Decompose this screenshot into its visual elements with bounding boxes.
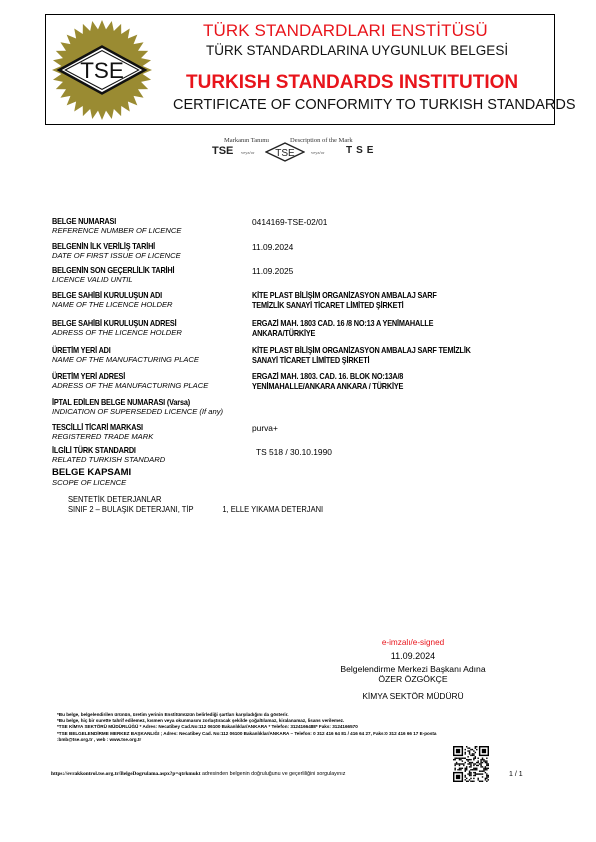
field-value: KİTE PLAST BİLİŞİM ORGANİZASYON AMBALAJ … bbox=[252, 290, 437, 310]
page-number: 1 / 1 bbox=[509, 771, 523, 778]
field-label-en: LICENCE VALID UNTIL bbox=[52, 275, 191, 284]
field-value-line: ERGAZİ MAH. 1803. CAD. 16. BLOK NO:13A/8 bbox=[252, 371, 403, 381]
field-value-line: YENİMAHALLE/ANKARA ANKARA / TÜRKİYE bbox=[252, 381, 403, 391]
verification-line: https://evrakkontrol.tse.org.tr/BelgeDog… bbox=[51, 771, 345, 777]
field-label: BELGENİN SON GEÇERLİLİK TARİHİLICENCE VA… bbox=[52, 265, 191, 284]
signatory-title: KİMYA SEKTÖR MÜDÜRÜ bbox=[300, 690, 526, 702]
scope-label-en: SCOPE OF LICENCE bbox=[52, 478, 131, 487]
field-label-en: REGISTERED TRADE MARK bbox=[52, 432, 155, 441]
mark-or-2: veya/or bbox=[311, 150, 325, 155]
signature-block: e-imzalı/e-signed 11.09.2024 Belgelendir… bbox=[300, 637, 526, 702]
tse-seal-logo-icon: TSE bbox=[51, 19, 153, 121]
field-value-line: 11.09.2024 bbox=[252, 242, 293, 252]
field-label-en: NAME OF THE LICENCE HOLDER bbox=[52, 300, 177, 309]
field-label-en: ADRESS OF THE MANUFACTURING PLACE bbox=[52, 381, 208, 390]
field-label: BELGE SAHİBİ KURULUŞUN ADINAME OF THE LI… bbox=[52, 290, 177, 309]
certificate-title-tr: TÜRK STANDARDLARINA UYGUNLUK BELGESİ bbox=[206, 43, 508, 58]
field-label-tr: BELGE SAHİBİ KURULUŞUN ADI bbox=[52, 290, 162, 300]
scope-label-tr: BELGE KAPSAMI bbox=[52, 467, 131, 478]
field-label-en: REFERENCE NUMBER OF LICENCE bbox=[52, 226, 181, 235]
field-label-en: DATE OF FIRST ISSUE OF LICENCE bbox=[52, 251, 181, 260]
signature-on-behalf: Belgelendirme Merkezi Başkanı Adına bbox=[300, 664, 526, 674]
footer-notes: *Bu belge, belgelendirilen ürünün, üreti… bbox=[57, 712, 436, 743]
field-label: BELGE NUMARASIREFERENCE NUMBER OF LICENC… bbox=[52, 216, 181, 235]
field-label-tr: ÜRETİM YERİ ADI bbox=[52, 345, 181, 355]
field-value-line: TEMİZLİK SANAYİ TİCARET LİMİTED ŞİRKETİ bbox=[252, 300, 437, 310]
field-label: ÜRETİM YERİ ADRESİADRESS OF THE MANUFACT… bbox=[52, 371, 208, 390]
field-value-line: TS 518 / 30.10.1990 bbox=[256, 447, 332, 457]
tse-diamond-logo-icon: TSE bbox=[265, 142, 305, 162]
field-value: 11.09.2024 bbox=[252, 242, 293, 252]
scope-line-1: SENTETİK DETERJANLAR bbox=[68, 494, 323, 504]
field-label-en: NAME OF THE MANUFACTURING PLACE bbox=[52, 355, 199, 364]
field-value-line: 11.09.2025 bbox=[252, 266, 293, 276]
field-value: purva+ bbox=[252, 423, 278, 433]
field-label-en: RELATED TURKISH STANDARD bbox=[52, 455, 165, 464]
certificate-header: TSE TÜRK STANDARDLARI ENSTİTÜSÜ TÜRK STA… bbox=[45, 14, 555, 125]
field-label-tr: BELGENİN İLK VERİLİŞ TARİHİ bbox=[52, 241, 165, 251]
field-label: TESCİLLİ TİCARİ MARKASIREGISTERED TRADE … bbox=[52, 422, 155, 441]
field-label-tr: BELGE SAHİBİ KURULUŞUN ADRESİ bbox=[52, 318, 176, 328]
field-label: İLGİLİ TÜRK STANDARDIRELATED TURKISH STA… bbox=[52, 445, 165, 464]
field-label: ÜRETİM YERİ ADINAME OF THE MANUFACTURING… bbox=[52, 345, 199, 364]
institution-title-en: TURKISH STANDARDS INSTITUTION bbox=[186, 72, 518, 94]
mark-or-1: veya/or bbox=[241, 150, 255, 155]
field-value: ERGAZİ MAH. 1803 CAD. 16 /8 NO:13 A YENİ… bbox=[252, 318, 433, 338]
field-label-tr: TESCİLLİ TİCARİ MARKASI bbox=[52, 422, 143, 432]
field-label: BELGE SAHİBİ KURULUŞUN ADRESİADRESS OF T… bbox=[52, 318, 193, 337]
field-label: BELGENİN İLK VERİLİŞ TARİHİDATE OF FIRST… bbox=[52, 241, 181, 260]
field-label-en: INDICATION OF SUPERSEDED LICENCE (If any… bbox=[52, 407, 223, 416]
field-value-line: SANAYİ TİCARET LİMİTED ŞİRKETİ bbox=[252, 355, 471, 365]
e-signed-label: e-imzalı/e-signed bbox=[300, 637, 526, 648]
scope-label: BELGE KAPSAMI SCOPE OF LICENCE bbox=[52, 467, 131, 487]
field-value: 0414169-TSE-02/01 bbox=[252, 217, 327, 227]
scope-line-2-class: SINIF 2 – BULAŞIK DETERJANI, TİP bbox=[68, 504, 194, 514]
field-label-tr: BELGE NUMARASI bbox=[52, 216, 166, 226]
mark-description: Markanın Tanımı Description of the Mark … bbox=[210, 137, 370, 163]
field-value-line: 0414169-TSE-02/01 bbox=[252, 217, 327, 227]
verification-url-link[interactable]: https://evrakkontrol.tse.org.tr/BelgeDog… bbox=[51, 771, 200, 777]
field-value: 11.09.2025 bbox=[252, 266, 293, 276]
field-value-line: ERGAZİ MAH. 1803 CAD. 16 /8 NO:13 A YENİ… bbox=[252, 318, 433, 328]
field-value-line: KİTE PLAST BİLİŞİM ORGANİZASYON AMBALAJ … bbox=[252, 345, 471, 355]
signatory-name: ÖZER ÖZGÖKÇE bbox=[300, 674, 526, 684]
verification-text: adresinden belgenin doğruluğunu ve geçer… bbox=[200, 771, 345, 777]
institution-title-tr: TÜRK STANDARDLARI ENSTİTÜSÜ bbox=[203, 21, 488, 41]
scope-line-2: SINIF 2 – BULAŞIK DETERJANI, TİP1, ELLE … bbox=[68, 504, 323, 514]
field-value-line: purva+ bbox=[252, 423, 278, 433]
field-label-tr: İPTAL EDİLEN BELGE NUMARASI (Varsa) bbox=[52, 397, 203, 407]
field-value-line: KİTE PLAST BİLİŞİM ORGANİZASYON AMBALAJ … bbox=[252, 290, 437, 300]
note-line: :bmb@tse.org.tr , web : www.tse.org.tr bbox=[57, 737, 436, 743]
scope-items: SENTETİK DETERJANLAR SINIF 2 – BULAŞIK D… bbox=[68, 494, 352, 514]
svg-text:TSE: TSE bbox=[275, 148, 295, 159]
field-value: ERGAZİ MAH. 1803. CAD. 16. BLOK NO:13A/8… bbox=[252, 371, 403, 391]
certificate-title-en: CERTIFICATE OF CONFORMITY TO TURKISH STA… bbox=[173, 97, 576, 113]
field-label-tr: İLGİLİ TÜRK STANDARDI bbox=[52, 445, 152, 455]
signature-date: 11.09.2024 bbox=[300, 648, 526, 664]
mark-text-left: TSE bbox=[212, 145, 233, 157]
qr-code-icon[interactable] bbox=[453, 746, 489, 782]
mark-text-right: TSE bbox=[346, 145, 377, 156]
field-label-tr: BELGENİN SON GEÇERLİLİK TARİHİ bbox=[52, 265, 174, 275]
field-value-line: ANKARA/TÜRKİYE bbox=[252, 328, 433, 338]
field-value: KİTE PLAST BİLİŞİM ORGANİZASYON AMBALAJ … bbox=[252, 345, 471, 365]
field-label-en: ADRESS OF THE LICENCE HOLDER bbox=[52, 328, 193, 337]
field-value: TS 518 / 30.10.1990 bbox=[256, 447, 332, 457]
note-line: *TSE BELGELENDİRME MERKEZ BAŞKANLIĞI ; A… bbox=[57, 731, 436, 737]
field-label: İPTAL EDİLEN BELGE NUMARASI (Varsa)INDIC… bbox=[52, 397, 223, 416]
mark-caption-tr: Markanın Tanımı bbox=[224, 137, 269, 144]
field-label-tr: ÜRETİM YERİ ADRESİ bbox=[52, 371, 190, 381]
svg-text:TSE: TSE bbox=[80, 58, 124, 83]
scope-line-2-type: 1, ELLE YIKAMA DETERJANI bbox=[222, 504, 323, 514]
